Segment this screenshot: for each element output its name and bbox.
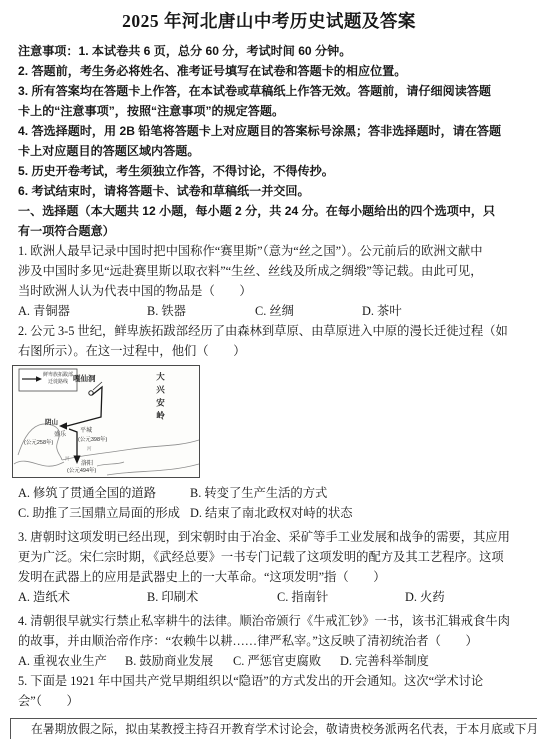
map-label-river-1: 河 bbox=[87, 447, 92, 452]
map-label-gaxian-cave: 嘎仙洞 bbox=[73, 375, 96, 383]
notice-line-1: 注意事项：1. 本试卷共 6 页，总分 60 分，考试时间 60 分钟。 bbox=[18, 41, 520, 61]
question-5-stem: 5. 下面是 1921 年中国共产党早期组织以“隐语”的方式发出的开会通知。这次… bbox=[18, 671, 520, 711]
q1-option-c: C. 丝绸 bbox=[255, 301, 362, 321]
section-header: 一、选择题（本大题共 12 小题，每小题 2 分，共 24 分。在每小题给出的四… bbox=[18, 201, 520, 241]
map-label-river-2: 河 bbox=[65, 457, 70, 462]
map-label-daxinganling: 大兴安岭 bbox=[156, 372, 165, 424]
exam-page: 2025 年河北唐山中考历史试题及答案 注意事项：1. 本试卷共 6 页，总分 … bbox=[0, 0, 537, 739]
question-2-stem: 2. 公元 3-5 世纪，鲜卑族拓跋部经历了由森林到草原、由草原进入中原的漫长迁… bbox=[18, 321, 520, 361]
legend-route-label: 鲜卑族拓跋部 迁徙路线 bbox=[40, 372, 76, 385]
notice-line-2: 2. 答题前，考生务必将姓名、准考证号填写在试卷和答题卡的相应位置。 bbox=[18, 61, 520, 81]
q3-option-c: C. 指南针 bbox=[277, 587, 405, 607]
q2-option-a: A. 修筑了贯通全国的道路 bbox=[18, 483, 190, 503]
q1-option-a: A. 青铜器 bbox=[18, 301, 147, 321]
question-1-options: A. 青铜器B. 铁器C. 丝绸D. 茶叶 bbox=[18, 301, 520, 321]
exam-notices: 注意事项：1. 本试卷共 6 页，总分 60 分，考试时间 60 分钟。 2. … bbox=[18, 41, 520, 201]
notice-line-5: 5. 历史开卷考试，考生须独立作答，不得讨论，不得传抄。 bbox=[18, 161, 520, 181]
q3-option-b: B. 印刷术 bbox=[147, 587, 277, 607]
question-4-options: A. 重视农业生产B. 鼓励商业发展C. 严惩官吏腐败D. 完善科举制度 bbox=[18, 651, 520, 671]
page-title: 2025 年河北唐山中考历史试题及答案 bbox=[18, 9, 520, 33]
meeting-notice-box: 在暑期放假之际，拟由某教授主持召开教育学术讨论会，敬请贵校务派两名代表，于本月底… bbox=[10, 718, 537, 739]
notice-line-3: 3. 所有答案均在答题卡上作答，在本试卷或草稿纸上作答无效。答题前，请仔细阅读答… bbox=[18, 81, 520, 121]
q3-option-d: D. 火药 bbox=[405, 587, 445, 607]
q3-option-a: A. 造纸术 bbox=[18, 587, 147, 607]
q4-option-d: D. 完善科举制度 bbox=[340, 651, 429, 671]
question-4-stem: 4. 清朝很早就实行禁止私宰耕牛的法律。顺治帝颁行《牛戒汇钞》一书，该书汇辑戒食… bbox=[18, 611, 520, 651]
q1-option-b: B. 铁器 bbox=[147, 301, 255, 321]
q4-option-b: B. 鼓励商业发展 bbox=[125, 651, 233, 671]
question-3-options: A. 造纸术B. 印刷术C. 指南针D. 火药 bbox=[18, 587, 520, 607]
q2-option-d: D. 结束了南北政权对峙的状态 bbox=[190, 503, 353, 523]
map-label-luoyang-year: (公元494年) bbox=[67, 469, 96, 475]
question-2-options-row-1: A. 修筑了贯通全国的道路B. 转变了生产生活的方式 bbox=[18, 483, 520, 503]
map-label-yinshan: 阴山 bbox=[45, 420, 58, 427]
migration-map: 鲜卑族拓跋部 迁徙路线 嘎仙洞 大兴安岭 阴山 盛乐 (公元258年) 平城 (… bbox=[12, 365, 200, 478]
q1-option-d: D. 茶叶 bbox=[362, 301, 402, 321]
map-label-pingcheng: 平城 bbox=[80, 428, 92, 434]
notice-line-4: 4. 答选择题时，用 2B 铅笔将答题卡上对应题目的答案标号涂黑；答非选择题时，… bbox=[18, 121, 520, 161]
map-label-shengle-year: (公元258年) bbox=[24, 441, 53, 447]
map-label-pingcheng-year: (公元398年) bbox=[78, 438, 107, 444]
question-1-stem: 1. 欧洲人最早记录中国时把中国称作“赛里斯”（意为“丝之国”）。公元前后的欧洲… bbox=[18, 241, 520, 301]
question-3-stem: 3. 唐朝时这项发明已经出现，到宋朝时由于冶金、采矿等手工业发展和战争的需要，其… bbox=[18, 527, 520, 587]
q2-option-b: B. 转变了生产生活的方式 bbox=[190, 483, 327, 503]
q4-option-a: A. 重视农业生产 bbox=[18, 651, 125, 671]
q4-option-c: C. 严惩官吏腐败 bbox=[233, 651, 340, 671]
map-label-shengle: 盛乐 bbox=[54, 432, 66, 438]
q2-option-c: C. 助推了三国鼎立局面的形成 bbox=[18, 503, 190, 523]
notice-line-6: 6. 考试结束时，请将答题卡、试卷和草稿纸一并交回。 bbox=[18, 181, 520, 201]
question-2-options-row-2: C. 助推了三国鼎立局面的形成D. 结束了南北政权对峙的状态 bbox=[18, 503, 520, 523]
map-label-luoyang: 洛阳 bbox=[81, 461, 93, 467]
